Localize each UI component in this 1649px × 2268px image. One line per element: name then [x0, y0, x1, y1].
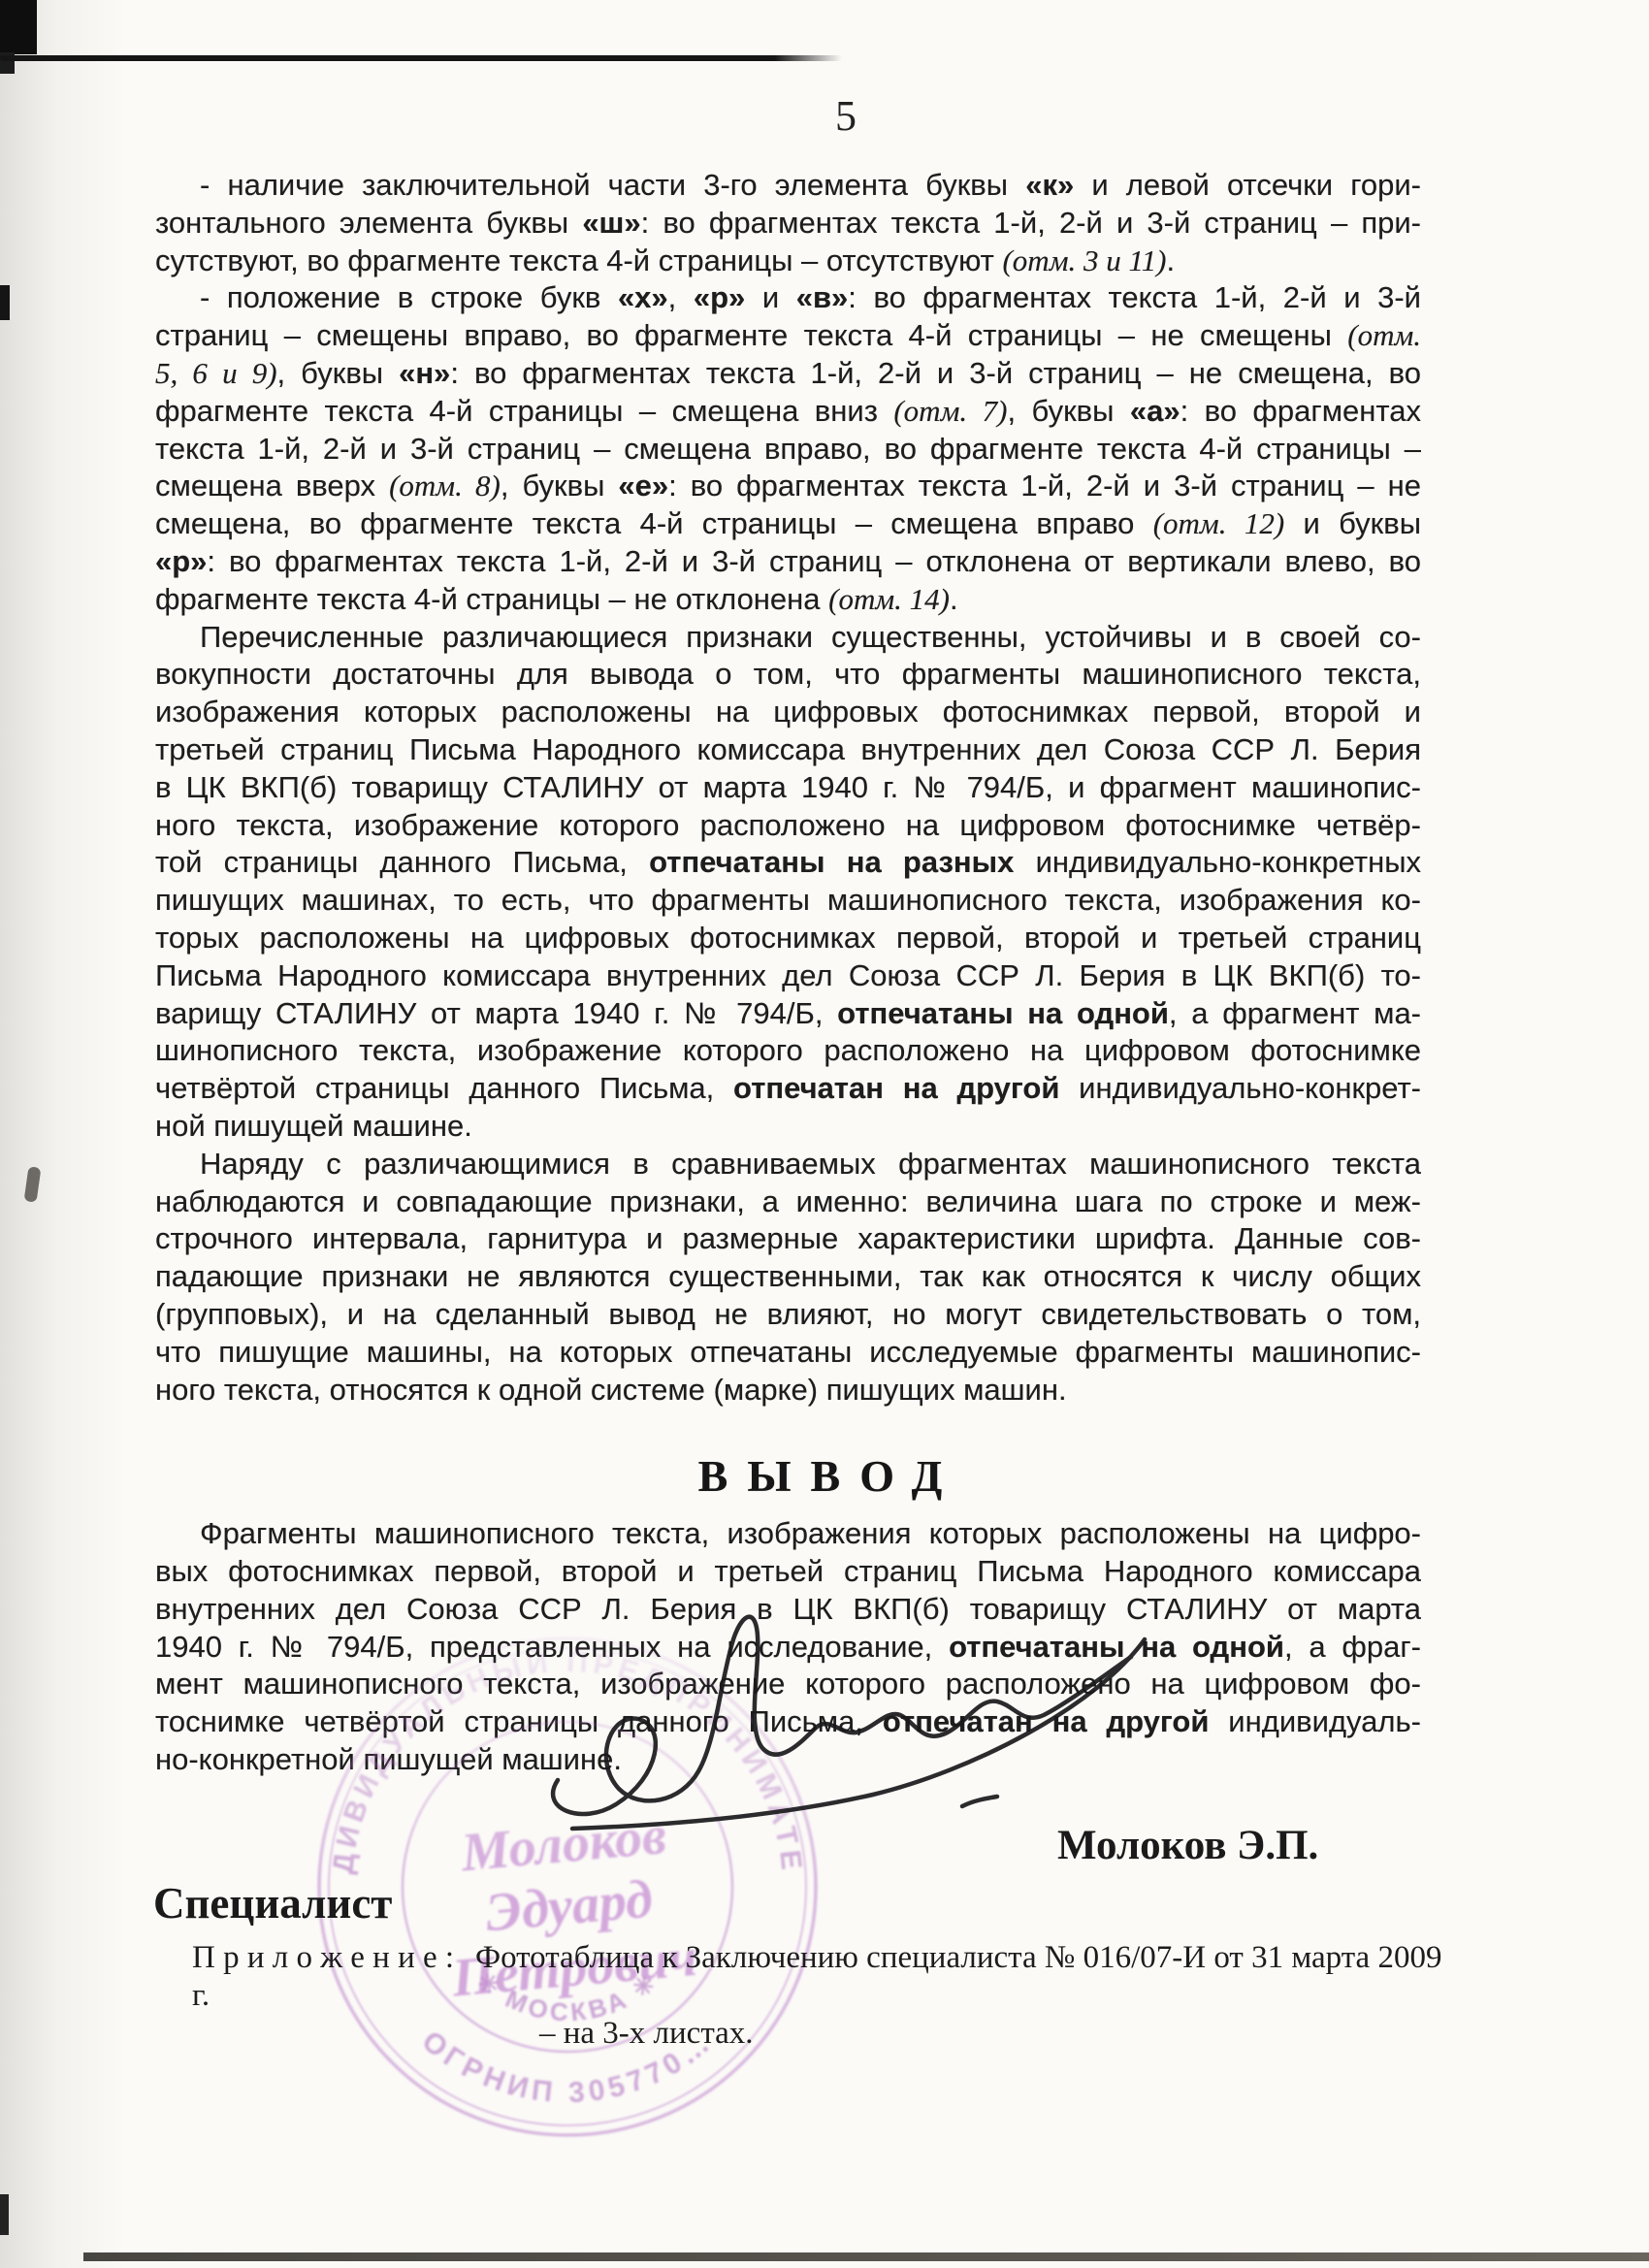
- page-number: 5: [835, 91, 857, 141]
- text-line: Фрагменты машинописного текста, изображе…: [155, 1515, 1421, 1553]
- scan-corner-artifact: [0, 0, 37, 54]
- text-line: падающие признаки не являются существенн…: [155, 1258, 1421, 1296]
- appendix-label: П р и л о ж е н и е :: [192, 1940, 454, 1975]
- scan-edge-shadow: [0, 0, 126, 2268]
- handwritten-signature: [466, 1581, 1164, 1863]
- text-line: смещена вверх (отм. 8), буквы «е»: во фр…: [155, 468, 1421, 505]
- text-line: Наряду с различающимися в сравниваемых ф…: [155, 1146, 1421, 1183]
- text-line: той страницы данного Письма, отпечатаны …: [155, 844, 1421, 882]
- specialist-name: Молоков Э.П.: [1057, 1822, 1318, 1869]
- text-line: (групповых), и на сделанный вывод не вли…: [155, 1296, 1421, 1334]
- text-line: 5, 6 и 9), буквы «н»: во фрагментах текс…: [155, 355, 1421, 393]
- text-line: вокупности достаточны для вывода о том, …: [155, 656, 1421, 694]
- conclusion-heading: ВЫВОД: [197, 1451, 1463, 1502]
- scan-top-line-artifact: [0, 55, 842, 61]
- scanned-document-page: 5 - наличие заключительной части 3-го эл…: [0, 0, 1649, 2268]
- text-line: смещена, во фрагменте текста 4-й страниц…: [155, 505, 1421, 543]
- text-line: зонтального элемента буквы «ш»: во фрагм…: [155, 205, 1421, 243]
- text-line: строчного интервала, гарнитура и размерн…: [155, 1220, 1421, 1258]
- text-line: - положение в строке букв «х», «р» и «в»…: [155, 279, 1421, 317]
- text-line: ной пишущей машине.: [155, 1108, 1421, 1146]
- text-line: фрагменте текста 4-й страницы – не откло…: [155, 581, 1421, 619]
- specialist-label: Специалист: [153, 1878, 392, 1928]
- text-line: третьей страниц Письма Народного комисса…: [155, 731, 1421, 769]
- appendix-block: П р и л о ж е н и е :Фототаблица к Заклю…: [192, 1939, 1443, 2053]
- text-line: фрагменте текста 4-й страницы – смещена …: [155, 393, 1421, 431]
- text-line: изображения которых расположены на цифро…: [155, 694, 1421, 731]
- body-paragraphs: - наличие заключительной части 3-го элем…: [155, 167, 1421, 1409]
- text-line: варищу СТАЛИНУ от марта 1940 г. № 794/Б,…: [155, 995, 1421, 1033]
- text-line: ного текста, относятся к одной системе (…: [155, 1372, 1421, 1409]
- text-line: четвёртой страницы данного Письма, отпеч…: [155, 1070, 1421, 1108]
- text-line: пишущих машинах, то есть, что фрагменты …: [155, 882, 1421, 920]
- appendix-continuation: – на 3-х листах.: [192, 2015, 1443, 2053]
- text-line: Перечисленные различающиеся признаки сущ…: [155, 619, 1421, 657]
- text-line: шинописного текста, изображение которого…: [155, 1032, 1421, 1070]
- text-line: текста 1-й, 2-й и 3-й страниц – смещена …: [155, 431, 1421, 469]
- text-line: страниц – смещены вправо, во фрагменте т…: [155, 317, 1421, 355]
- scan-edge-mark: [0, 2194, 9, 2235]
- text-line: - наличие заключительной части 3-го элем…: [155, 167, 1421, 205]
- text-line: Письма Народного комиссара внутренних де…: [155, 957, 1421, 995]
- text-line: «р»: во фрагментах текста 1-й, 2-й и 3-й…: [155, 543, 1421, 581]
- text-line: ного текста, изображение которого распол…: [155, 807, 1421, 845]
- document-body: - наличие заключительной части 3-го элем…: [155, 167, 1421, 1779]
- text-line: наблюдаются и совпадающие признаки, а им…: [155, 1183, 1421, 1221]
- text-line: сутствуют, во фрагменте текста 4-й стран…: [155, 243, 1421, 280]
- scan-bottom-line-artifact: [83, 2252, 1649, 2261]
- text-line: что пишущие машины, на которых отпечатан…: [155, 1334, 1421, 1372]
- text-line: торых расположены на цифровых фотоснимка…: [155, 920, 1421, 957]
- scan-edge-mark: [0, 285, 10, 320]
- text-line: в ЦК ВКП(б) товарищу СТАЛИНУ от марта 19…: [155, 769, 1421, 807]
- appendix-line: П р и л о ж е н и е :Фототаблица к Заклю…: [192, 1939, 1443, 2015]
